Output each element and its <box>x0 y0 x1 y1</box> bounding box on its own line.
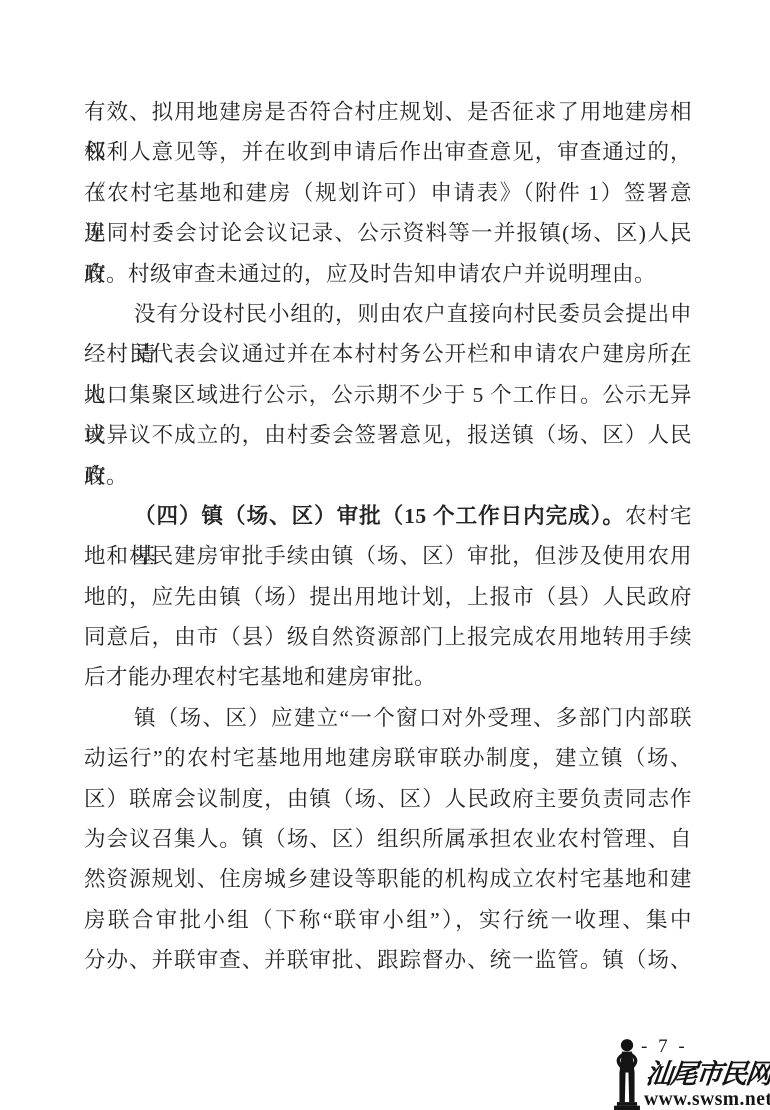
person-silhouette-icon <box>611 1038 643 1110</box>
text-line: 分办、并联审查、并联审批、跟踪督办、统一监管。镇（场、 <box>84 940 692 980</box>
text-segment: 为会议召集人。镇（场、区）组织所属承担农业农村管理、自 <box>84 827 692 851</box>
text-line: 地的，应先由镇（场）提出用地计划，上报市（县）人民政府 <box>84 577 692 617</box>
document-page: 有效、拟用地建房是否符合村庄规划、是否征求了用地建房相邻权利人意见等，并在收到申… <box>0 0 770 1110</box>
text-line: 镇（场、区）应建立“一个窗口对外受理、多部门内部联 <box>84 698 692 738</box>
text-segment: 动运行”的农村宅基地用地建房联审联办制度，建立镇（场、 <box>84 746 692 770</box>
text-line: 没有分设村民小组的，则由农户直接向村民委员会提出申请， <box>84 294 692 334</box>
text-line: 为会议召集人。镇（场、区）组织所属承担农业农村管理、自 <box>84 819 692 859</box>
text-line: 府。 <box>84 456 692 496</box>
text-segment: 府。 <box>84 464 128 488</box>
text-line: 区）联席会议制度，由镇（场、区）人民政府主要负责同志作 <box>84 779 692 819</box>
text-segment: 分办、并联审查、并联审批、跟踪督办、统一监管。镇（场、 <box>84 948 692 972</box>
text-line: 人口集聚区域进行公示，公示期不少于 5 个工作日。公示无异议 <box>84 375 692 415</box>
text-line: 房联合审批小组（下称“联审小组”），实行统一收理、集中 <box>84 900 692 940</box>
text-line: 《农村宅基地和建房（规划许可）申请表》（附件 1）签署意见， <box>84 173 692 213</box>
text-segment-bold: （四）镇（场、区）审批（15 个工作日内完成）。 <box>134 504 625 528</box>
text-line: 然资源规划、住房城乡建设等职能的机构成立农村宅基地和建 <box>84 859 692 899</box>
text-segment: 府。村级审查未通过的，应及时告知申请农户并说明理由。 <box>84 262 656 286</box>
text-segment: 区）联席会议制度，由镇（场、区）人民政府主要负责同志作 <box>84 787 692 811</box>
text-line: 有效、拟用地建房是否符合村庄规划、是否征求了用地建房相邻 <box>84 92 692 132</box>
document-lines: 有效、拟用地建房是否符合村庄规划、是否征求了用地建房相邻权利人意见等，并在收到申… <box>84 92 692 981</box>
text-line: 或异议不成立的，由村委会签署意见，报送镇（场、区）人民政 <box>84 415 692 455</box>
text-segment: 镇（场、区）应建立“一个窗口对外受理、多部门内部联 <box>134 706 692 730</box>
watermark-site-name: 汕尾市民网 <box>644 1058 770 1090</box>
text-line: 同意后，由市（县）级自然资源部门上报完成农用地转用手续 <box>84 617 692 657</box>
watermark-site-url: www.swsm.net <box>644 1090 770 1110</box>
text-line: 动运行”的农村宅基地用地建房联审联办制度，建立镇（场、 <box>84 738 692 778</box>
text-segment: 同意后，由市（县）级自然资源部门上报完成农用地转用手续 <box>84 625 692 649</box>
text-line: 后才能办理农村宅基地和建房审批。 <box>84 657 692 697</box>
text-line: 经村民代表会议通过并在本村村务公开栏和申请农户建房所在地 <box>84 334 692 374</box>
text-segment: 地和村民建房审批手续由镇（场、区）审批，但涉及使用农用 <box>84 544 692 568</box>
text-line: 府。村级审查未通过的，应及时告知申请农户并说明理由。 <box>84 254 692 294</box>
text-line: 连同村委会讨论会议记录、公示资料等一并报镇(场、区)人民政 <box>84 213 692 253</box>
text-segment: 后才能办理农村宅基地和建房审批。 <box>84 665 436 689</box>
text-line: 权利人意见等，并在收到申请后作出审查意见，审查通过的，在 <box>84 132 692 172</box>
text-line: （四）镇（场、区）审批（15 个工作日内完成）。农村宅基 <box>84 496 692 536</box>
text-line: 地和村民建房审批手续由镇（场、区）审批，但涉及使用农用 <box>84 536 692 576</box>
text-segment: 房联合审批小组（下称“联审小组”），实行统一收理、集中 <box>84 908 692 932</box>
page-number: - 7 - <box>641 1036 688 1058</box>
text-segment: 地的，应先由镇（场）提出用地计划，上报市（县）人民政府 <box>84 585 692 609</box>
text-segment: 然资源规划、住房城乡建设等职能的机构成立农村宅基地和建 <box>84 867 692 891</box>
